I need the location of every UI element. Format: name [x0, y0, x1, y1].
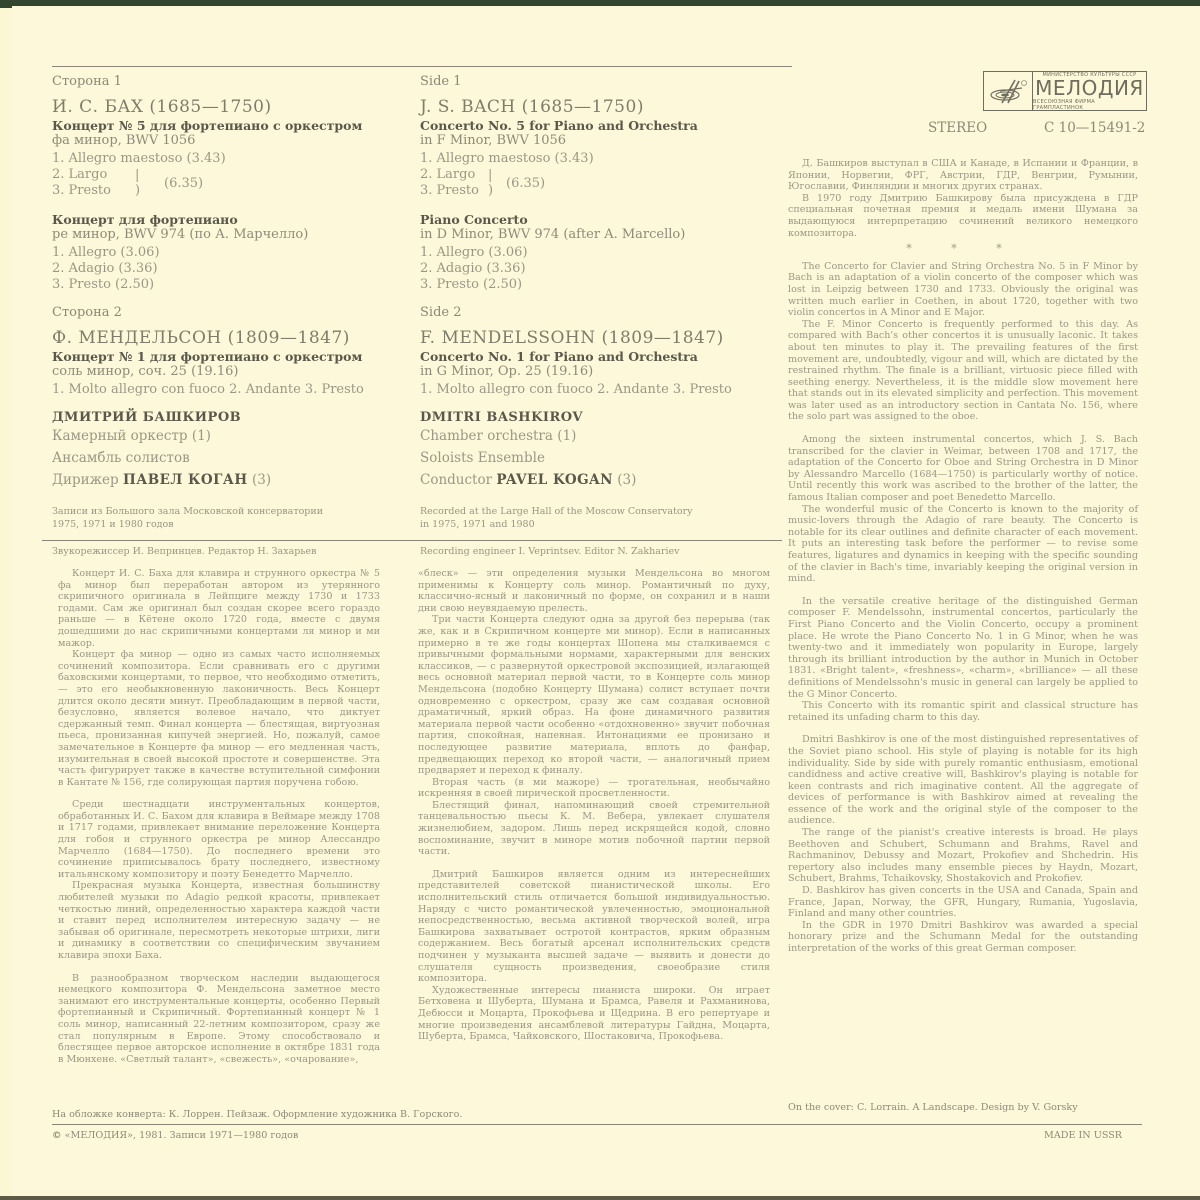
work2-title-en: Piano Concerto [420, 212, 780, 227]
paragraph: Концерт И. С. Баха для клавира и струнно… [58, 568, 380, 649]
paragraph: Блестящий финал, напоминающий своей стре… [418, 800, 770, 858]
side1-label-en: Side 1 [420, 74, 780, 89]
work3-key-en: in G Minor, Op. 25 (19.16) [420, 364, 780, 379]
work1-tracks-en: 1. Allegro maestoso (3.43) 2. Largo 3. P… [420, 151, 780, 199]
work2-tracks-en: 1. Allegro (3.06) 2. Adagio (3.36) 3. Pr… [420, 245, 780, 293]
cover-credit-en: On the cover: C. Lorrain. A Landscape. D… [788, 1102, 1078, 1113]
track-item: 2. Adagio (3.36) [420, 261, 780, 277]
paragraph: В разнообразном творческом наследии выда… [58, 973, 380, 1066]
logo-brand: МЕЛОДИЯ [1035, 78, 1144, 99]
paragraph: In the GDR in 1970 Dmitri Bashkirov was … [788, 920, 1138, 955]
work2-tracks-ru: 1. Allegro (3.06) 2. Adagio (3.36) 3. Pr… [52, 245, 392, 293]
conductor-suffix-en: (3) [617, 472, 636, 488]
copyright-icon: © [52, 1130, 62, 1141]
conductor-en: Conductor PAVEL KOGAN (3) [420, 469, 780, 491]
track-item: 3. Presto [420, 183, 780, 199]
track-item: 2. Adagio (3.36) [52, 261, 392, 277]
english-liner-notes: Д. Башкиров выступал в США и Канаде, в И… [788, 158, 1138, 955]
russian-tracklist: Сторона 1 И. С. БАХ (1685—1750) Концерт … [52, 74, 392, 558]
copyright-text: «МЕЛОДИЯ», 1981. Записи 1971—1980 годов [65, 1130, 299, 1141]
paragraph: The Concerto for Clavier and String Orch… [788, 261, 1138, 319]
track-item: 1. Allegro (3.06) [420, 245, 780, 261]
work1-key-ru: фа минор, BWV 1056 [52, 133, 392, 148]
paragraph: D. Bashkirov has given concerts in the U… [788, 885, 1138, 920]
track-item: 3. Presto (2.50) [52, 277, 392, 293]
side2-label-ru: Сторона 2 [52, 305, 392, 320]
paragraph-gap [58, 962, 380, 973]
track-item: 2. Largo [52, 167, 392, 183]
paragraph: Среди шестнадцати инструментальных конце… [58, 799, 380, 880]
paragraph: The wonderful music of the Concerto is k… [788, 504, 1138, 585]
top-rule [52, 66, 792, 67]
conductor-prefix-ru: Дирижер [52, 472, 119, 488]
recording-note-en: Recorded at the Large Hall of the Moscow… [420, 505, 780, 531]
composer-mendelssohn-en: F. MENDELSSOHN (1809—1847) [420, 328, 780, 348]
recording-note-line: 1975, 1971 и 1980 годов [52, 518, 392, 531]
credits-ru: Звукорежиссер И. Вепринцев. Редактор Н. … [52, 545, 392, 558]
composer-mendelssohn-ru: Ф. МЕНДЕЛЬСОН (1809—1847) [52, 328, 392, 348]
work1-title-en: Concerto No. 5 for Piano and Orchestra [420, 118, 780, 133]
combined-time-ru: (6.35) [164, 176, 203, 191]
work3-tracks-ru: 1. Molto allegro con fuoco 2. Andante 3.… [52, 382, 392, 398]
english-tracklist: Side 1 J. S. BACH (1685—1750) Concerto N… [420, 74, 780, 558]
paragraph: Прекрасная музыка Концерта, известная бо… [58, 880, 380, 961]
melodiya-record-icon [984, 72, 1033, 110]
cover-credit-ru: На обложке конверта: К. Лоррен. Пейзаж. … [52, 1109, 462, 1120]
recording-note-line: Записи из Большого зала Московской консе… [52, 505, 392, 518]
paragraph: «блеск» — эти определения музыки Мендель… [418, 568, 770, 614]
work3-title-ru: Концерт № 1 для фортепиано с оркестром [52, 349, 392, 364]
paragraph: Dmitri Bashkirov is one of the most dist… [788, 734, 1138, 827]
brace-icon: |) [488, 168, 493, 198]
work1-title-ru: Концерт № 5 для фортепиано с оркестром [52, 118, 392, 133]
track-item: 3. Presto [52, 183, 392, 199]
ensemble2-ru: Ансамбль солистов [52, 447, 392, 469]
paragraph-gap [58, 788, 380, 799]
conductor-suffix-ru: (3) [252, 472, 271, 488]
side1-label-ru: Сторона 1 [52, 74, 392, 89]
paragraph-gap [788, 723, 1138, 734]
logo-firm: ВСЕСОЮЗНАЯ ФИРМА ГРАМПЛАСТИНОК [1033, 99, 1146, 111]
conductor-name-en: PAVEL KOGAN [496, 472, 613, 488]
paragraph: The range of the pianist's creative inte… [788, 827, 1138, 885]
separator-stars: * * * [788, 243, 1138, 255]
paragraph-gap [418, 858, 770, 869]
side2-label-en: Side 2 [420, 305, 780, 320]
melodiya-logo: МИНИСТЕРСТВО КУЛЬТУРЫ СССР МЕЛОДИЯ ВСЕСО… [983, 71, 1147, 111]
stereo-label: STEREO [928, 120, 987, 136]
recording-note-ru: Записи из Большого зала Московской консе… [52, 505, 392, 531]
bio-paragraph-ru: Д. Башкиров выступал в США и Канаде, в И… [788, 158, 1138, 193]
work3-tracks-en: 1. Molto allegro con fuoco 2. Andante 3.… [420, 382, 780, 398]
recording-note-line: Recorded at the Large Hall of the Moscow… [420, 505, 780, 518]
work2-title-ru: Концерт для фортепиано [52, 212, 392, 227]
paragraph-gap [788, 423, 1138, 434]
ensemble1-en: Chamber orchestra (1) [420, 425, 780, 447]
paragraph: Вторая часть (в ми мажоре) — трогательна… [418, 777, 770, 800]
conductor-ru: Дирижер ПАВЕЛ КОГАН (3) [52, 469, 392, 491]
sleeve-bottom-edge [0, 1196, 1200, 1200]
paragraph-gap [788, 585, 1138, 596]
work2-key-ru: ре минор, BWV 974 (по А. Марчелло) [52, 227, 392, 242]
track-item: 3. Presto (2.50) [420, 277, 780, 293]
composer-bach-ru: И. С. БАХ (1685—1750) [52, 97, 392, 117]
ensemble2-en: Soloists Ensemble [420, 447, 780, 469]
work3-title-en: Concerto No. 1 for Piano and Orchestra [420, 349, 780, 364]
track-item: 2. Largo [420, 167, 780, 183]
conductor-name-ru: ПАВЕЛ КОГАН [123, 472, 248, 488]
middle-rule [42, 540, 782, 541]
performer-ru: ДМИТРИЙ БАШКИРОВ [52, 410, 392, 425]
paragraph: Дмитрий Башкиров является одним из интер… [418, 869, 770, 985]
footer-rule [52, 1124, 1142, 1125]
work1-tracks-ru: 1. Allegro maestoso (3.43) 2. Largo 3. P… [52, 151, 392, 199]
brace-icon: |) [135, 168, 140, 198]
paragraph: Among the sixteen instrumental concertos… [788, 434, 1138, 504]
work2-key-en: in D Minor, BWV 974 (after A. Marcello) [420, 227, 780, 242]
conductor-prefix-en: Conductor [420, 472, 492, 488]
work3-key-ru: соль минор, соч. 25 (19.16) [52, 364, 392, 379]
credits-en: Recording engineer I. Veprintsev. Editor… [420, 545, 780, 558]
russian-liner-notes-col1: Концерт И. С. Баха для клавира и струнно… [58, 568, 380, 1065]
ensemble1-ru: Камерный оркестр (1) [52, 425, 392, 447]
performer-en: DMITRI BASHKIROV [420, 410, 780, 425]
track-item: 1. Allegro maestoso (3.43) [52, 151, 392, 167]
copyright-ru: © «МЕЛОДИЯ», 1981. Записи 1971—1980 годо… [52, 1130, 298, 1141]
paragraph: The F. Minor Concerto is frequently perf… [788, 319, 1138, 423]
logo-text: МИНИСТЕРСТВО КУЛЬТУРЫ СССР МЕЛОДИЯ ВСЕСО… [1033, 72, 1146, 110]
work1-key-en: in F Minor, BWV 1056 [420, 133, 780, 148]
recording-note-line: in 1975, 1971 and 1980 [420, 518, 780, 531]
paragraph: This Concerto with its romantic spirit a… [788, 700, 1138, 723]
composer-bach-en: J. S. BACH (1685—1750) [420, 97, 780, 117]
paragraph: In the versatile creative heritage of th… [788, 596, 1138, 700]
russian-liner-notes-col2: «блеск» — эти определения музыки Мендель… [418, 568, 770, 1043]
paragraph: Концерт фа минор — одно из самых часто и… [58, 649, 380, 788]
track-item: 1. Allegro (3.06) [52, 245, 392, 261]
bio-paragraph-ru: В 1970 году Дмитрию Башкирову была прису… [788, 193, 1138, 239]
catalog-number: С 10—15491-2 [1044, 120, 1145, 136]
track-item: 1. Allegro maestoso (3.43) [420, 151, 780, 167]
paragraph: Художественные интересы пианиста широки.… [418, 985, 770, 1043]
combined-time-en: (6.35) [506, 176, 545, 191]
paragraph: Три части Концерта следуют одна за друго… [418, 614, 770, 776]
made-in-ussr: MADE IN USSR [1044, 1130, 1122, 1141]
